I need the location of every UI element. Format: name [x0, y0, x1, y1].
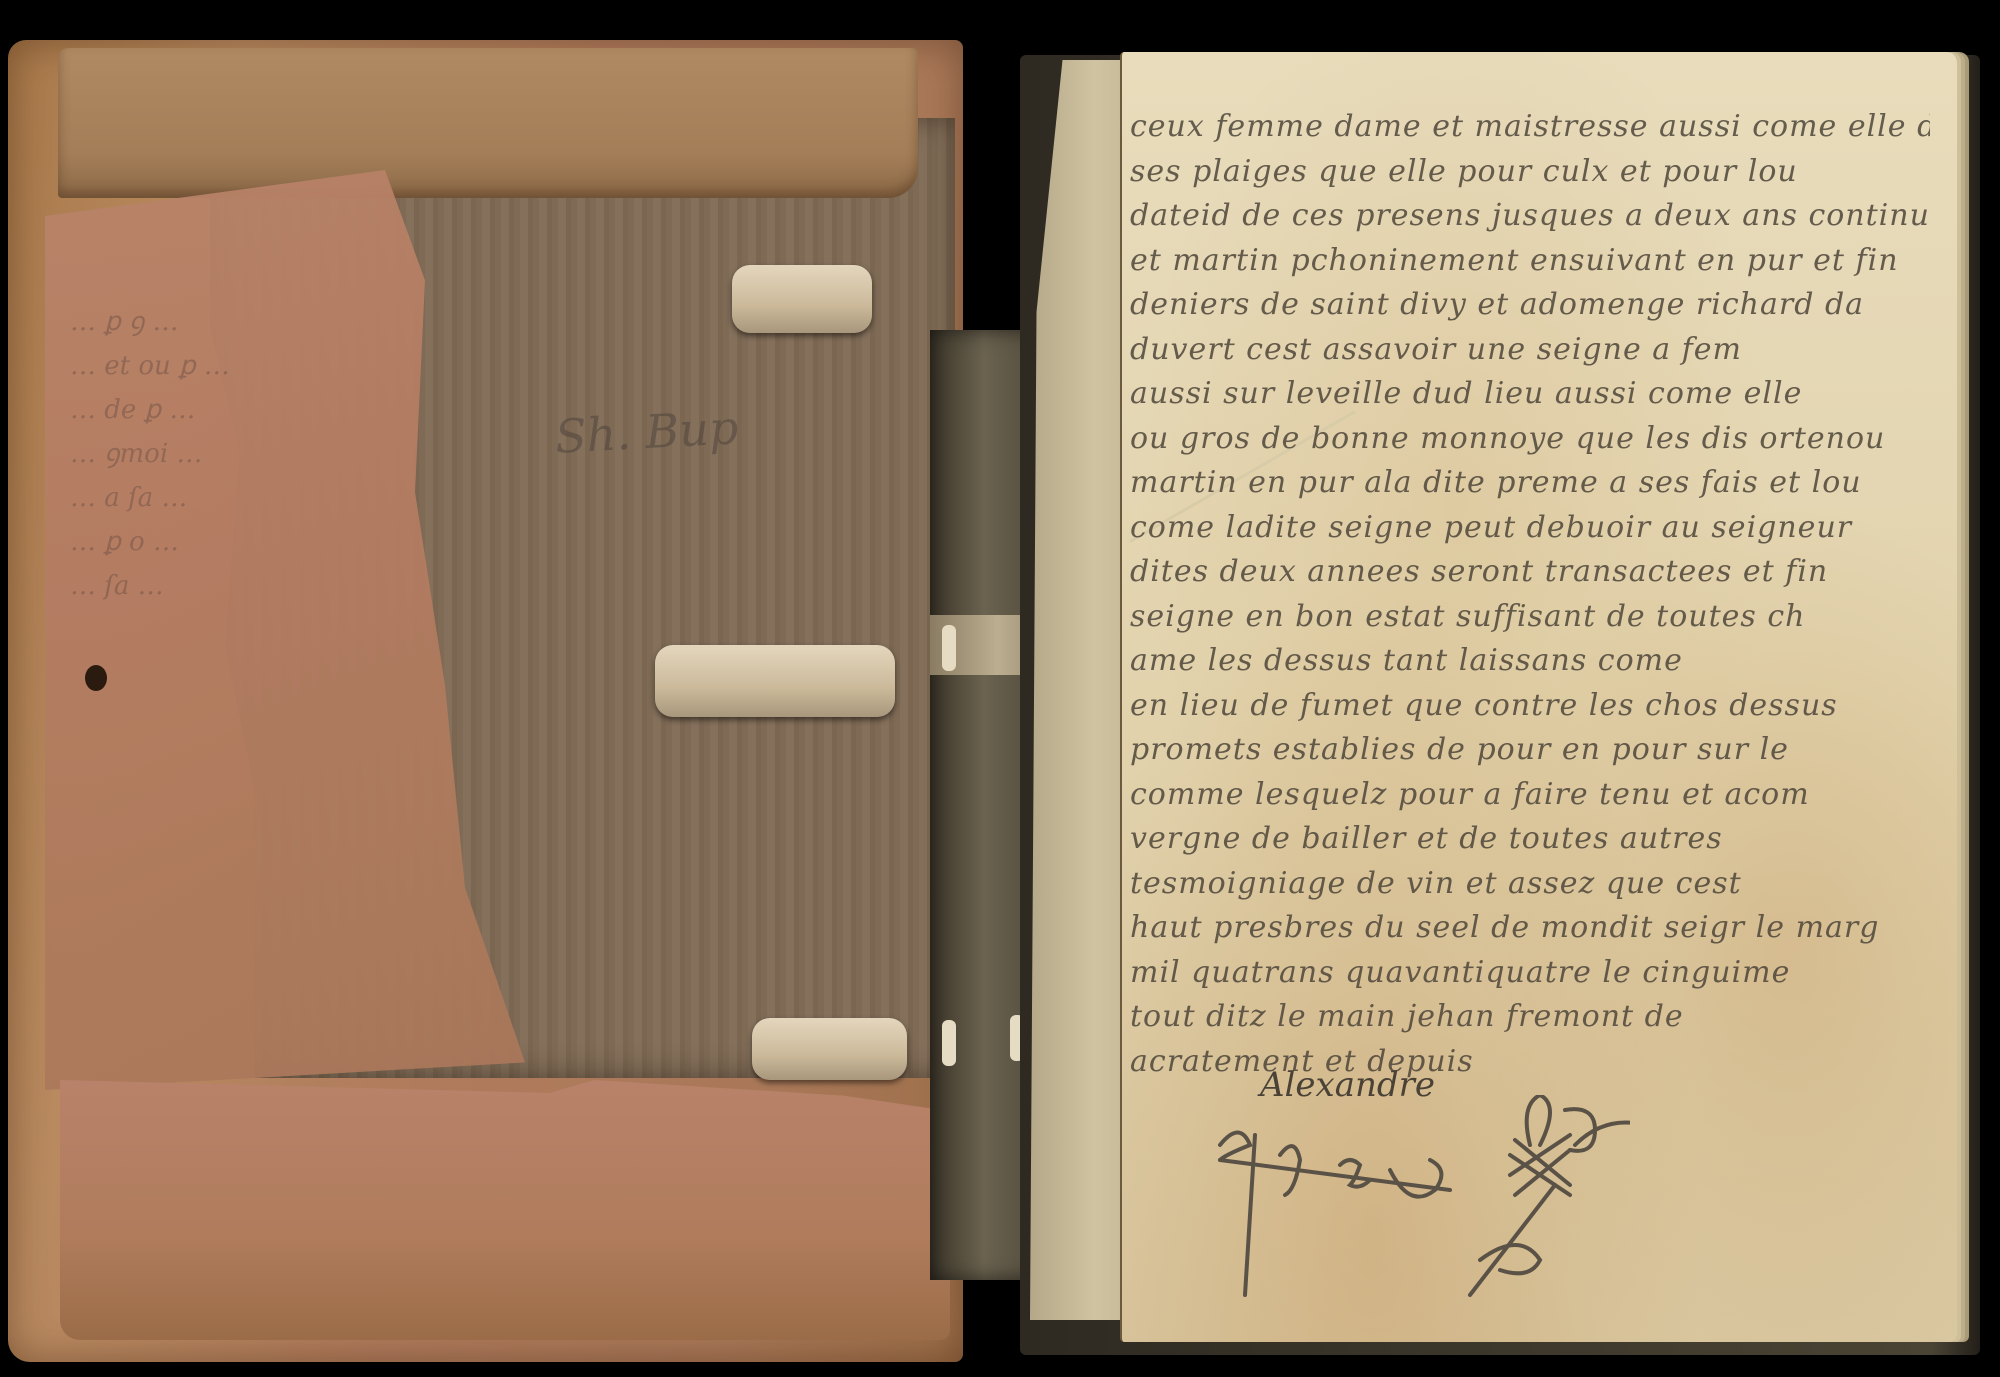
offset-line: … ſa … — [70, 564, 490, 608]
text-line: et martin pchoninement ensuivant en pur … — [1130, 239, 1930, 284]
leather-turn-in-top — [58, 48, 918, 198]
text-line: promets establies de pour en pour sur le — [1130, 728, 1930, 773]
text-line: ceux femme dame et maistresse aussi come… — [1130, 105, 1930, 150]
text-line: ame les dessus tant laissans come — [1130, 639, 1930, 684]
offset-line: … de ꝑ … — [70, 388, 490, 432]
offset-line: … a ſa … — [70, 476, 490, 520]
binding-peg-middle — [655, 645, 895, 717]
offset-line: … et ou ꝑ … — [70, 344, 490, 388]
offset-line: … ꝯmoi … — [70, 432, 490, 476]
text-line: deniers de saint divy et adomenge richar… — [1130, 283, 1930, 328]
leather-turn-in-bottom — [60, 1080, 950, 1340]
binding-peg-bottom — [752, 1018, 907, 1080]
text-line: comme lesquelz pour a faire tenu et acom — [1130, 773, 1930, 818]
signature-block: Alexandre — [1210, 1045, 1630, 1305]
text-line: aussi sur leveille dud lieu aussi come e… — [1130, 372, 1930, 417]
text-line: ou gros de bonne monnoye que les dis ort… — [1130, 417, 1930, 462]
text-line: come ladite seigne peut debuoir au seign… — [1130, 506, 1930, 551]
text-line: dites deux annees seront transactees et … — [1130, 550, 1930, 595]
pencil-inscription: Sh. Bup — [554, 400, 740, 464]
offset-line: … ꝑ ꝯ … — [70, 300, 490, 344]
text-line: haut presbres du seel de mondit seigr le… — [1130, 906, 1930, 951]
nail-hole — [85, 665, 107, 691]
sewing-stitch — [942, 625, 956, 671]
text-line: tout ditz le main jehan fremont de — [1130, 995, 1930, 1040]
text-line: martin en pur ala dite preme a ses fais … — [1130, 461, 1930, 506]
offset-line: … ꝑ o … — [70, 520, 490, 564]
text-line: mil quatrans quavantiquatre le cinguime — [1130, 951, 1930, 996]
text-line: ses plaiges que elle pour culx et pour l… — [1130, 150, 1930, 195]
paraph-icon — [1210, 1095, 1630, 1325]
text-line: vergne de bailler et de toutes autres — [1130, 817, 1930, 862]
binding-peg-top — [732, 265, 872, 333]
text-line: seigne en bon estat suffisant de toutes … — [1130, 595, 1930, 640]
sewing-stitch — [942, 1020, 956, 1066]
text-line: dateid de ces presens jusques a deux ans… — [1130, 194, 1930, 239]
text-line: tesmoigniage de vin et assez que cest — [1130, 862, 1930, 907]
manuscript-text: ceux femme dame et maistresse aussi come… — [1130, 105, 1930, 1084]
text-line: en lieu de fumet que contre les chos des… — [1130, 684, 1930, 729]
text-line: duvert cest assavoir une seigne a fem — [1130, 328, 1930, 373]
offset-writing: … ꝑ ꝯ … … et ou ꝑ … … de ꝑ … … ꝯmoi … … … — [70, 300, 490, 608]
